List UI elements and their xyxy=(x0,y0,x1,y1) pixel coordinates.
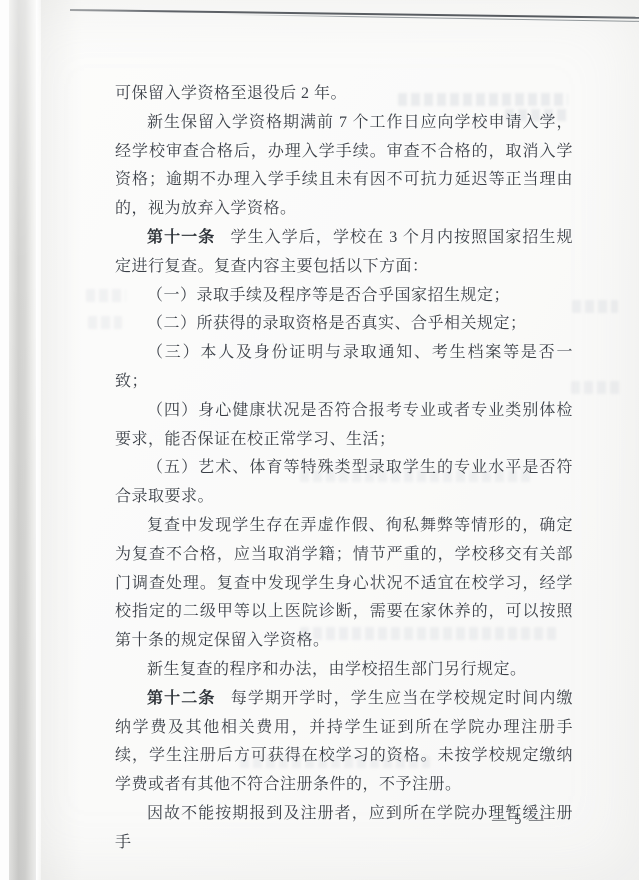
article-number: 第十二条 xyxy=(147,690,216,707)
paragraph: 新生复查的程序和办法，由学校招生部门另行规定。 xyxy=(115,656,573,685)
paragraph: 可保留入学资格至退役后 2 年。 xyxy=(115,80,573,109)
page-number: — 5 — xyxy=(492,812,546,829)
article-paragraph: 第十二条每学期开学时，学生应当在学校规定时间内缴纳学费及其他相关费用，并持学生证… xyxy=(115,685,573,800)
ink-bleedthrough xyxy=(571,381,621,394)
article-paragraph: 第十一条学生入学后，学校在 3 个月内按照国家招生规定进行复查。复查内容主要包括… xyxy=(115,224,573,282)
paragraph: （二）所获得的录取资格是否真实、合乎相关规定； xyxy=(115,310,573,339)
scanner-margin xyxy=(0,0,9,880)
document-body: 可保留入学资格至退役后 2 年。新生保留入学资格期满前 7 个工作日应向学校申请… xyxy=(115,80,573,858)
paper-crease-shadow xyxy=(41,0,96,880)
paragraph: （一）录取手续及程序等是否合乎国家招生规定； xyxy=(115,282,573,311)
article-number: 第十一条 xyxy=(147,229,215,246)
paragraph: 复查中发现学生存在弄虚作假、徇私舞弊等情形的，确定为复查不合格，应当取消学籍；情… xyxy=(115,512,573,656)
page-edge-shadow xyxy=(9,0,36,880)
scanned-document-page: 可保留入学资格至退役后 2 年。新生保留入学资格期满前 7 个工作日应向学校申请… xyxy=(0,0,639,880)
paragraph: 新生保留入学资格期满前 7 个工作日应向学校申请入学，经学校审查合格后，办理入学… xyxy=(115,109,573,224)
paragraph: （五）艺术、体育等特殊类型录取学生的专业水平是否符合录取要求。 xyxy=(115,454,573,512)
ink-bleedthrough xyxy=(572,300,618,313)
paragraph: （三）本人及身份证明与录取通知、考生档案等是否一致； xyxy=(115,339,573,397)
paragraph: （四）身心健康状况是否符合报考专业或者专业类别体检要求，能否保证在校正常学习、生… xyxy=(115,397,573,455)
